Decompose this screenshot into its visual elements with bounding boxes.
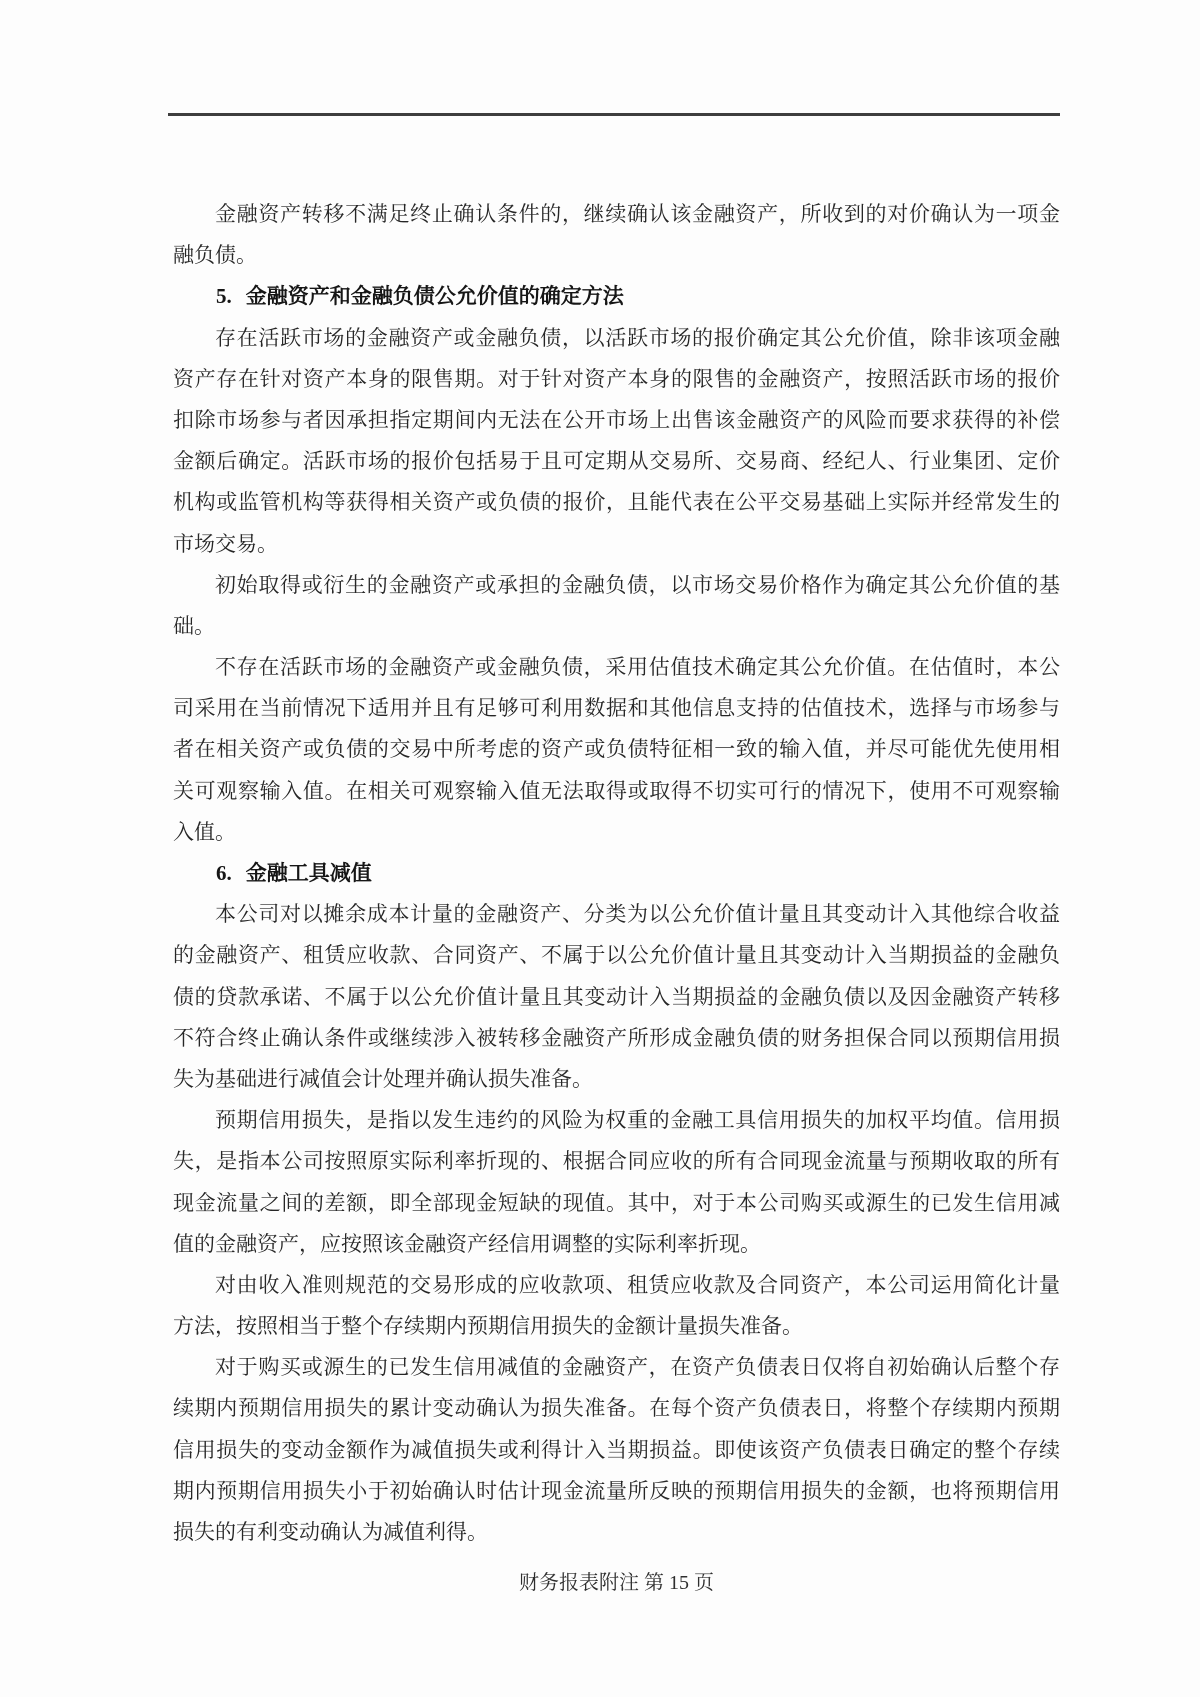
- text-line: 不符合终止确认条件或继续涉入被转移金融资产所形成金融负债的财务担保合同以预期信用…: [173, 1018, 1060, 1059]
- text-line: 司采用在当前情况下适用并且有足够可利用数据和其他信息支持的估值技术，选择与市场参…: [173, 688, 1060, 729]
- text-line: 本公司对以摊余成本计量的金融资产、分类为以公允价值计量且其变动计入其他综合收益: [173, 894, 1060, 935]
- text-line: 融负债。: [173, 235, 1060, 276]
- text-line: 入值。: [173, 812, 1060, 853]
- paragraph: 不存在活跃市场的金融资产或金融负债，采用估值技术确定其公允价值。在估值时，本公司…: [173, 647, 1060, 853]
- header-rule: [168, 113, 1060, 116]
- text-line: 预期信用损失，是指以发生违约的风险为权重的金融工具信用损失的加权平均值。信用损: [173, 1100, 1060, 1141]
- text-line: 市场交易。: [173, 524, 1060, 565]
- text-line: 初始取得或衍生的金融资产或承担的金融负债，以市场交易价格作为确定其公允价值的基: [173, 565, 1060, 606]
- section-heading: 6.金融工具减值: [173, 853, 1060, 894]
- page-footer: 财务报表附注 第 15 页: [173, 1571, 1060, 1595]
- paragraph: 预期信用损失，是指以发生违约的风险为权重的金融工具信用损失的加权平均值。信用损失…: [173, 1100, 1060, 1265]
- text-line: 债的贷款承诺、不属于以公允价值计量且其变动计入当期损益的金融负债以及因金融资产转…: [173, 977, 1060, 1018]
- text-line: 资产存在针对资产本身的限售期。对于针对资产本身的限售的金融资产，按照活跃市场的报…: [173, 359, 1060, 400]
- text-line: 金额后确定。活跃市场的报价包括易于且可定期从交易所、交易商、经纪人、行业集团、定…: [173, 441, 1060, 482]
- paragraph: 存在活跃市场的金融资产或金融负债，以活跃市场的报价确定其公允价值，除非该项金融资…: [173, 318, 1060, 565]
- text-line: 对由收入准则规范的交易形成的应收款项、租赁应收款及合同资产，本公司运用简化计量: [173, 1265, 1060, 1306]
- text-line: 扣除市场参与者因承担指定期间内无法在公开市场上出售该金融资产的风险而要求获得的补…: [173, 400, 1060, 441]
- document-page: 金融资产转移不满足终止确认条件的，继续确认该金融资产，所收到的对价确认为一项金融…: [0, 0, 1200, 1697]
- heading-line: 6.金融工具减值: [173, 853, 1060, 894]
- heading-number: 5.: [216, 276, 232, 317]
- heading-line: 5.金融资产和金融负债公允价值的确定方法: [173, 276, 1060, 317]
- text-line: 信用损失的变动金额作为减值损失或利得计入当期损益。即使该资产负债表日确定的整个存…: [173, 1430, 1060, 1471]
- paragraph: 本公司对以摊余成本计量的金融资产、分类为以公允价值计量且其变动计入其他综合收益的…: [173, 894, 1060, 1100]
- text-line: 者在相关资产或负债的交易中所考虑的资产或负债特征相一致的输入值，并尽可能优先使用…: [173, 729, 1060, 770]
- text-line: 失，是指本公司按照原实际利率折现的、根据合同应收的所有合同现金流量与预期收取的所…: [173, 1141, 1060, 1182]
- document-body: 金融资产转移不满足终止确认条件的，继续确认该金融资产，所收到的对价确认为一项金融…: [173, 194, 1060, 1553]
- text-line: 关可观察输入值。在相关可观察输入值无法取得或取得不切实可行的情况下，使用不可观察…: [173, 771, 1060, 812]
- heading-number: 6.: [216, 853, 232, 894]
- text-line: 机构或监管机构等获得相关资产或负债的报价，且能代表在公平交易基础上实际并经常发生…: [173, 482, 1060, 523]
- text-line: 的金融资产、租赁应收款、合同资产、不属于以公允价值计量且其变动计入当期损益的金融…: [173, 935, 1060, 976]
- paragraph: 金融资产转移不满足终止确认条件的，继续确认该金融资产，所收到的对价确认为一项金融…: [173, 194, 1060, 276]
- text-line: 金融资产转移不满足终止确认条件的，继续确认该金融资产，所收到的对价确认为一项金: [173, 194, 1060, 235]
- text-line: 对于购买或源生的已发生信用减值的金融资产，在资产负债表日仅将自初始确认后整个存: [173, 1347, 1060, 1388]
- paragraph: 对于购买或源生的已发生信用减值的金融资产，在资产负债表日仅将自初始确认后整个存续…: [173, 1347, 1060, 1553]
- text-line: 失为基础进行减值会计处理并确认损失准备。: [173, 1059, 1060, 1100]
- section-heading: 5.金融资产和金融负债公允价值的确定方法: [173, 276, 1060, 317]
- text-line: 值的金融资产，应按照该金融资产经信用调整的实际利率折现。: [173, 1224, 1060, 1265]
- text-line: 损失的有利变动确认为减值利得。: [173, 1512, 1060, 1553]
- paragraph: 对由收入准则规范的交易形成的应收款项、租赁应收款及合同资产，本公司运用简化计量方…: [173, 1265, 1060, 1347]
- text-line: 方法，按照相当于整个存续期内预期信用损失的金额计量损失准备。: [173, 1306, 1060, 1347]
- text-line: 础。: [173, 606, 1060, 647]
- heading-title: 金融资产和金融负债公允价值的确定方法: [246, 276, 624, 317]
- text-line: 现金流量之间的差额，即全部现金短缺的现值。其中，对于本公司购买或源生的已发生信用…: [173, 1183, 1060, 1224]
- heading-title: 金融工具减值: [246, 853, 372, 894]
- text-line: 续期内预期信用损失的累计变动确认为损失准备。在每个资产负债表日，将整个存续期内预…: [173, 1388, 1060, 1429]
- paragraph: 初始取得或衍生的金融资产或承担的金融负债，以市场交易价格作为确定其公允价值的基础…: [173, 565, 1060, 647]
- footer-text: 财务报表附注 第 15 页: [519, 1572, 714, 1594]
- text-line: 期内预期信用损失小于初始确认时估计现金流量所反映的预期信用损失的金额，也将预期信…: [173, 1471, 1060, 1512]
- text-line: 不存在活跃市场的金融资产或金融负债，采用估值技术确定其公允价值。在估值时，本公: [173, 647, 1060, 688]
- text-line: 存在活跃市场的金融资产或金融负债，以活跃市场的报价确定其公允价值，除非该项金融: [173, 318, 1060, 359]
